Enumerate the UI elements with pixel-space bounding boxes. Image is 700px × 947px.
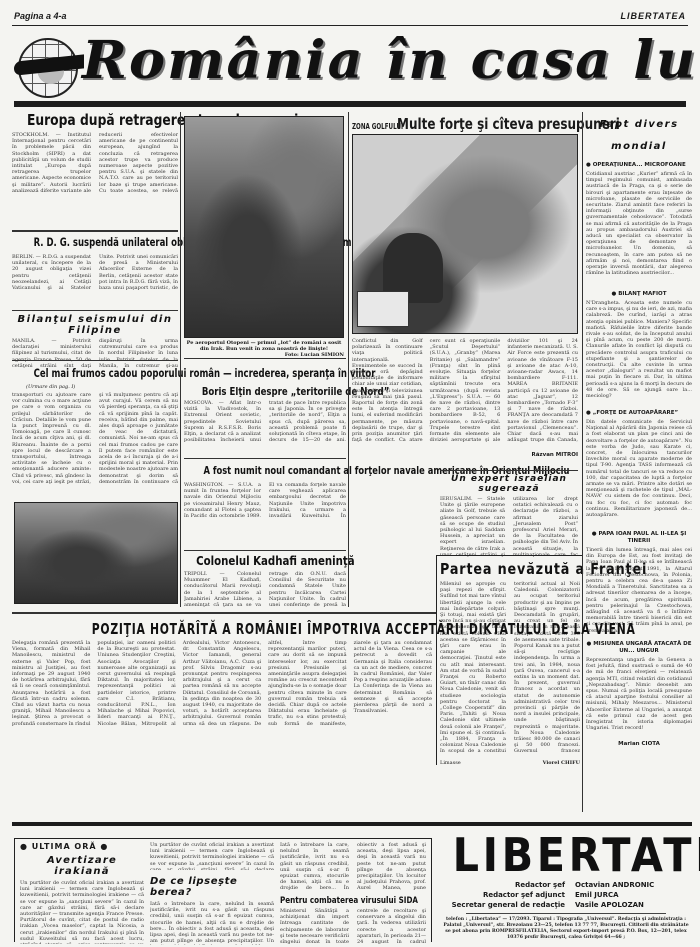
article-body: TRIPOLI. — Colonelul Muammer El Kadhafi,… <box>184 571 346 609</box>
bullet-icon: ● <box>20 842 28 851</box>
continued-note: (Urmare din pag. I) <box>12 384 178 390</box>
brief-body: N'Drangheta. Aceasta este numele cu care… <box>586 300 692 406</box>
article-body: Mileniul se apropie cu paşi repezi de sf… <box>440 581 580 759</box>
column-title: Fapt divers mondial <box>586 114 692 158</box>
divider <box>12 612 436 614</box>
brief-body: Reprezentanţa ungară de la Geneva a fost… <box>586 657 692 737</box>
bullet-icon: ● <box>100 842 108 851</box>
staff-row: Secretar general de redacţieVasile APOLO… <box>440 900 692 910</box>
headline: Colonelul Kadhafi ameninţă <box>196 554 334 568</box>
headline: Pentru combaterea virusului SIDA <box>280 896 397 906</box>
page-number: Pagina a 4-a <box>14 11 67 21</box>
section-masthead: România în casa lumii <box>14 30 686 100</box>
imprint: telefon : „Libertatea” — 17/2093. Tiparu… <box>440 917 692 941</box>
column-rule <box>180 112 181 607</box>
fapt-divers-column: Fapt divers mondial OPERAŢIUNEA... MICRO… <box>586 114 692 747</box>
headline: De ce lipseşte berea? <box>150 876 274 898</box>
article-golf-body: Conflictul din Golf polarizează în conti… <box>352 338 578 458</box>
brief-heading: OPERAŢIUNEA... MICROFOANE <box>586 162 692 169</box>
article-eltin: Boris Elţin despre „teritoriile de Nord”… <box>184 385 346 446</box>
staff-row: Redactor şef adjunctEmil JURCA <box>440 890 692 900</box>
brief-body: Cotidianul austriac „Kurier” afirmă că î… <box>586 171 692 287</box>
article-berea: Un purtător de cuvînt oficial irakian a … <box>150 842 274 945</box>
article-body: Delegaţia română prezentă la Viena, form… <box>12 640 432 770</box>
headline: POZIŢIA HOTĂRÎTĂ A ROMÂNIEI ÎMPOTRIVA AC… <box>92 618 502 640</box>
map-legend <box>357 291 409 327</box>
headline: R. D. G. suspendă unilateral obligaţia v… <box>34 234 157 251</box>
berea-continued: Iată o întrebare la care, neluînd în sea… <box>280 842 426 892</box>
article-body: Conflictul din Golf polarizează în conti… <box>352 338 578 448</box>
headline: Bilanţul seismului din Filipine <box>12 314 178 336</box>
page-header: Pagina a 4-a LIBERTATEA <box>12 6 688 26</box>
label: ● ULTIMA ORĂ ● <box>20 842 144 851</box>
divider <box>12 230 178 232</box>
divider <box>466 913 666 914</box>
photo-airport-arrival <box>184 116 344 338</box>
staff-list: Redactor şefOctavian ANDRONIC Redactor ş… <box>440 880 692 910</box>
headline: Un expert israelian sugerează <box>440 474 578 494</box>
divider <box>184 458 346 459</box>
headline: Cel mai frumos cadou poporului român — i… <box>34 364 157 382</box>
article-body: IERUSALIM. — Statele Unite şi ţările eur… <box>440 496 578 564</box>
caption-text: Pe aeroportul Otopeni — primul „lot” de … <box>184 340 344 352</box>
headline: Avertizare irakiană <box>20 855 144 877</box>
gulf-map <box>352 134 578 334</box>
divider <box>184 358 346 359</box>
headline: A fost numit noul comandant al forţelor … <box>203 462 326 480</box>
headline: Europa după retragerea trupelor american… <box>27 112 163 129</box>
masthead-rule <box>14 101 686 107</box>
signature: Răzvan MITROI <box>352 452 578 458</box>
article-franta: Partea nevăzută a Franţei Mileniul se ap… <box>440 560 580 766</box>
article-expert: Un expert israelian sugerează IERUSALIM.… <box>440 474 578 564</box>
kicker: ZONA GOLFULUI <box>352 122 387 131</box>
photo-truck-delegation <box>14 502 178 604</box>
photo-caption: Pe aeroportul Otopeni — primul „lot” de … <box>184 340 344 358</box>
divider <box>12 310 178 311</box>
headline: Boris Elţin despre „teritoriile de Nord” <box>202 385 328 398</box>
article-kadhafi: Colonelul Kadhafi ameninţă TRIPOLI. — Co… <box>184 554 346 609</box>
brief-heading: BILANŢ MAFIOT <box>586 291 692 298</box>
article-body: MOSCOVA. — Aflat într-o vizită la Vladiv… <box>184 400 346 446</box>
brief-item: OPERAŢIUNEA... MICROFOANE Cotidianul aus… <box>586 162 692 287</box>
article-pozitia: Delegaţia română prezentă la Viena, form… <box>12 640 432 770</box>
article-rdg: R. D. G. suspendă unilateral obligaţia v… <box>12 234 178 292</box>
label: Limasse <box>440 760 461 766</box>
article-body: Un purtător de cuvînt oficial irakian a … <box>20 880 144 944</box>
colophon: LIBERTATEA Redactor şefOctavian ANDRONIC… <box>440 830 692 941</box>
article-body: WASHINGTON. — S.U.A. a numit în fruntea … <box>184 482 346 524</box>
divider <box>184 550 346 551</box>
paper-title: LIBERTATEA <box>453 830 680 880</box>
article-body-continued: Un purtător de cuvînt oficial irakian a … <box>150 842 274 870</box>
brief-heading: PAPA IOAN PAUL AL II-LEA ŞI TINERII <box>586 531 692 545</box>
brief-item: „FORŢE DE AUTOAPĂRARE” Din datele comuni… <box>586 410 692 527</box>
brief-body: Din datele comunicate de Serviciul Naţio… <box>586 419 692 527</box>
article-body: Iată o întrebare la care, neluînd în sea… <box>150 901 274 945</box>
divider <box>440 470 578 471</box>
article-sida: Iată o întrebare la care, neluînd în sea… <box>280 842 426 946</box>
divider <box>12 360 178 361</box>
article-body: STOCKHOLM. — Institutul Internaţional pe… <box>12 132 178 198</box>
article-golf-header: ZONA GOLFULUI Multe forţe şi cîteva pres… <box>352 114 578 133</box>
article-pozitia-header: POZIŢIA HOTĂRÎTĂ A ROMÂNIEI ÎMPOTRIVA AC… <box>12 618 582 640</box>
left-column: Europa după retragerea trupelor american… <box>12 112 178 198</box>
brief-item: BILANŢ MAFIOT N'Drangheta. Aceasta este … <box>586 291 692 406</box>
brief-heading: „FORŢE DE AUTOAPĂRARE” <box>586 410 692 417</box>
brief-item: MISIUNEA UNGARĂ ATACATĂ DE UN... UNGUR R… <box>586 641 692 737</box>
column-rule <box>348 112 349 607</box>
section-title: România în casa lumii <box>82 30 700 91</box>
article-body: BERLIN. — R.D.G. a suspendat unilateral,… <box>12 254 178 292</box>
article-filipine: Bilanţul seismului din Filipine MANILA. … <box>12 314 178 370</box>
brief-heading: MISIUNEA UNGARĂ ATACATĂ DE UN... UNGUR <box>586 641 692 655</box>
column-rule <box>582 112 583 812</box>
article-body: Ministerul Sănătăţii a achiziţionat din … <box>280 908 426 946</box>
article-comandant: A fost numit noul comandant al forţelor … <box>184 462 346 524</box>
article-body: transporturi cu ajutoare care vor culmin… <box>12 392 178 486</box>
article-cadou: Cel mai frumos cadou poporului român — i… <box>12 364 178 486</box>
paper-name-small: LIBERTATEA <box>621 11 687 21</box>
article-ultima-ora: ● ULTIMA ORĂ ● Avertizare irakiană Un pu… <box>20 842 144 944</box>
article-europa: Europa după retragerea trupelor american… <box>12 112 178 198</box>
signature: Viorel CHIFU <box>543 760 580 766</box>
bottom-heavy-rule <box>12 822 692 826</box>
signature: Marian CIOTA <box>586 741 692 747</box>
headline: Partea nevăzută a Franţei <box>440 560 559 578</box>
label-text: ULTIMA ORĂ <box>32 842 97 851</box>
